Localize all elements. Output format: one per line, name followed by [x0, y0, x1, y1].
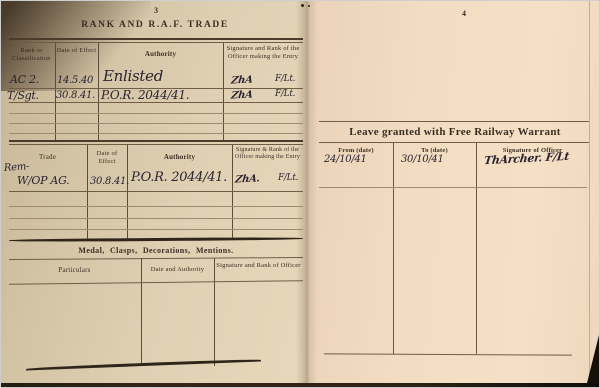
column-divider [476, 142, 477, 354]
table-rule [319, 142, 589, 143]
column-divider [141, 258, 142, 366]
signature-rank-cell: F/Lt. [278, 173, 298, 184]
signature-rank-cell: F/Lt. [275, 74, 295, 85]
trade-cell-prefix: Rem- [4, 161, 30, 175]
trade-cell: W/OP AG. [17, 174, 69, 187]
date-cell: 30.8.41. [56, 90, 95, 102]
page-number-right: 4 [457, 9, 471, 19]
table-rule [9, 38, 303, 40]
rank-table-header-rank: Rank or Classification [9, 47, 54, 63]
signature-cell: ZhA [230, 74, 253, 87]
rank-cell: AC 2. [10, 73, 39, 86]
trade-table-header-date: Date of Effect [88, 150, 126, 166]
row-line [9, 191, 303, 192]
table-rule [9, 42, 303, 43]
rank-trade-title: RANK AND R.A.F. TRADE [55, 20, 255, 31]
row-line [319, 187, 587, 188]
page-edge [589, 1, 590, 387]
page-number-left: 3 [149, 6, 163, 16]
photo-bottom-shadow [1, 383, 599, 387]
date-cell: 30.8.41. [90, 176, 129, 188]
signature-rank-cell: F/Lt. [275, 89, 295, 100]
right-page [305, 1, 599, 387]
row-line [9, 123, 303, 124]
table-rule [9, 144, 303, 145]
authority-cell: P.O.R. 2044/41. [101, 88, 189, 102]
spine-dot [308, 5, 310, 7]
column-divider [214, 258, 215, 366]
medal-header-particulars: Particulars [9, 266, 140, 274]
signature-cell: ZhA [230, 89, 253, 102]
trade-table-header-trade: Trade [9, 153, 86, 161]
rank-table-header-authority: Authority [99, 50, 222, 58]
row-line [9, 113, 303, 114]
column-divider [223, 43, 224, 140]
column-divider [393, 142, 394, 354]
service-record-photo: 3 RANK AND R.A.F. TRADE Rank or Classifi… [0, 0, 600, 388]
table-rule [9, 140, 303, 142]
spine-dot [301, 4, 304, 7]
row-line [9, 206, 303, 207]
leave-to-cell: 30/10/41 [401, 154, 444, 166]
rank-table-header-signature: Signature and Rank of the Officer making… [225, 45, 301, 61]
row-line [9, 229, 303, 230]
medal-header-date-authority: Date and Authority [142, 266, 213, 274]
date-cell: 14.5.40 [57, 75, 93, 87]
rank-table-header-date: Date of Effect [56, 47, 97, 55]
trade-table-header-signature: Signature & Rank of the Officer making t… [233, 147, 302, 161]
medal-header-signature: Signature and Rank of Officer [215, 262, 302, 270]
row-line [9, 133, 303, 134]
authority-cell: Enlisted [103, 67, 163, 85]
rank-cell: T/Sgt. [7, 89, 39, 102]
table-rule [319, 121, 589, 122]
authority-cell: P.O.R. 2044/41. [131, 170, 227, 186]
signature-cell: ZhA. [234, 173, 260, 186]
row-line [9, 218, 303, 219]
medal-section-title: Medal, Clasps, Decorations, Mentions. [31, 246, 281, 256]
leave-from-cell: 24/10/41 [324, 154, 367, 166]
leave-title: Leave granted with Free Railway Warrant [326, 126, 584, 139]
trade-table-header-authority: Authority [128, 153, 231, 161]
